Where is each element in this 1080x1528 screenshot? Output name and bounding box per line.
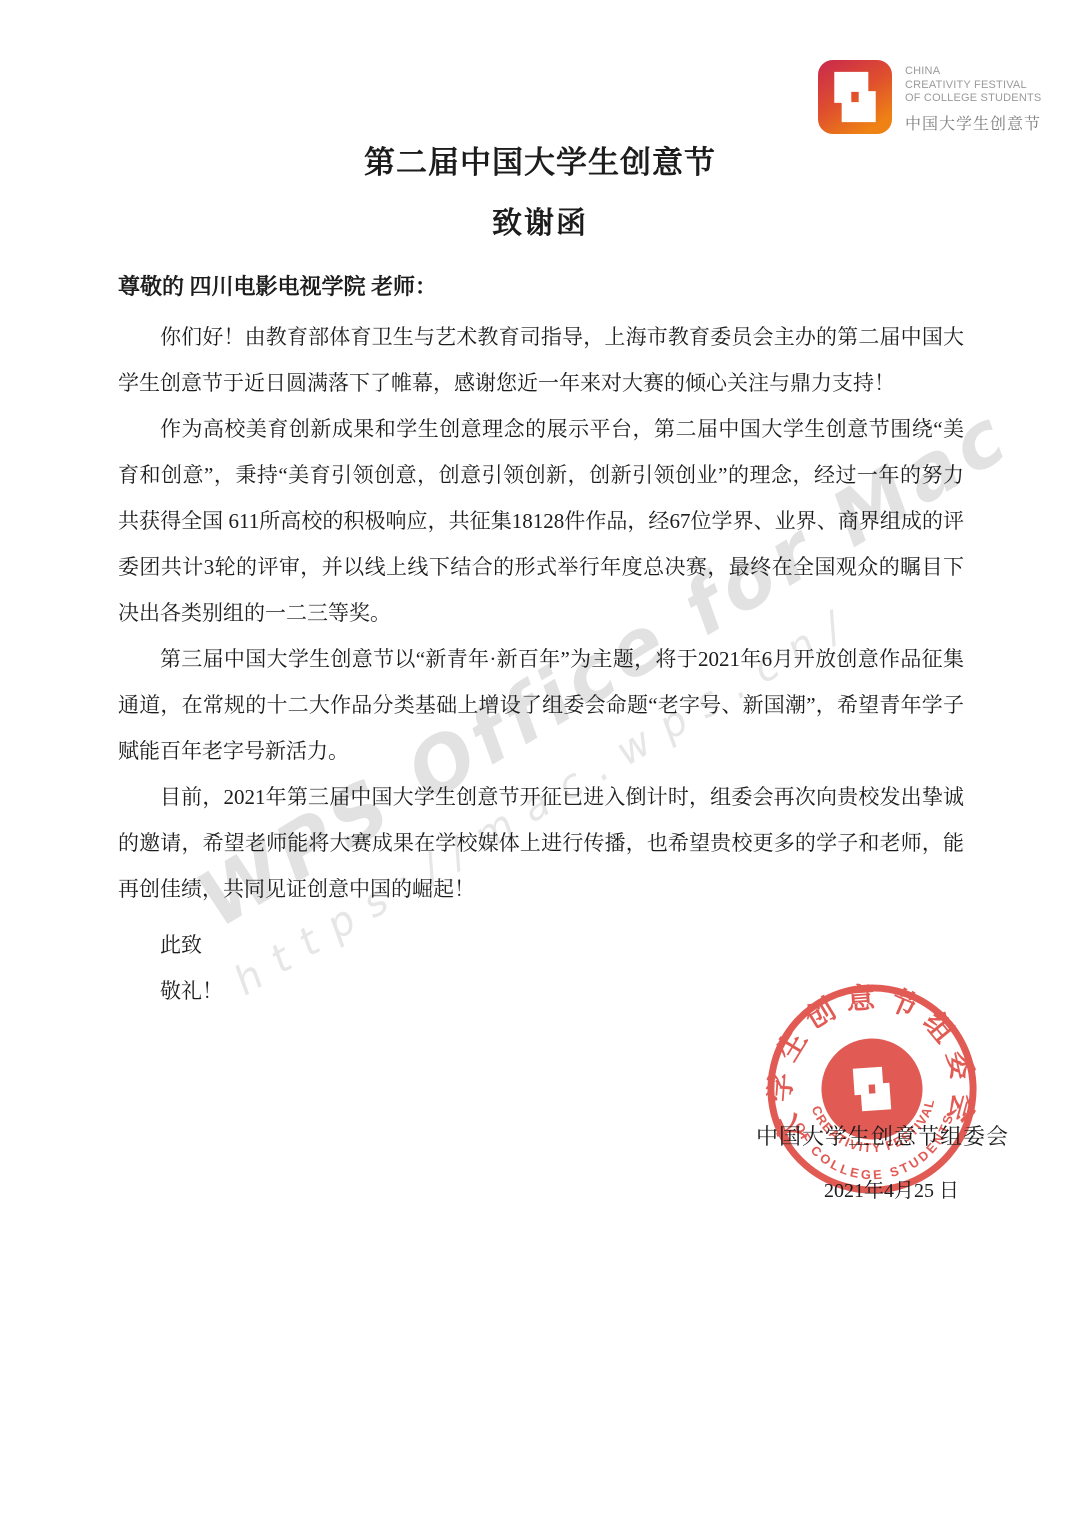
signature-organization: 中国大学生创意节组委会 <box>756 1120 1009 1151</box>
letterhead-logo-text: CHINA CREATIVITY FESTIVAL OF COLLEGE STU… <box>905 60 1041 134</box>
paragraph-2: 作为高校美育创新成果和学生创意理念的展示平台，第二届中国大学生创意节围绕“美育和… <box>118 406 964 636</box>
salutation: 尊敬的 四川电影电视学院 老师： <box>118 270 437 301</box>
paragraph-3: 第三届中国大学生创意节以“新青年·新百年”为主题，将于2021年6月开放创意作品… <box>118 636 964 774</box>
closing-cizhi: 此致 <box>118 922 223 968</box>
letter-title: 第二届中国大学生创意节 <box>0 137 1080 182</box>
committee-seal-stamp: 大学生创意节组委会 CREATIVITY FESTIVAL OF COLLEGE… <box>756 973 989 1206</box>
letter-body: 你们好！由教育部体育卫生与艺术教育司指导，上海市教育委员会主办的第二届中国大学生… <box>118 314 964 912</box>
letter-subtitle: 致谢函 <box>0 198 1080 242</box>
letter-page: WPS Office for Mac https://mac.wps.cn/ <box>0 0 1080 1528</box>
closing-jingli: 敬礼！ <box>118 968 223 1014</box>
festival-logo-icon <box>818 60 892 134</box>
logo-en-line1: CHINA <box>905 65 1041 79</box>
logo-cn-name: 中国大学生创意节 <box>905 111 1041 134</box>
paragraph-4: 目前，2021年第三届中国大学生创意节开征已进入倒计时，组委会再次向贵校发出挚诚… <box>118 774 964 912</box>
letterhead-logo: CHINA CREATIVITY FESTIVAL OF COLLEGE STU… <box>818 60 1041 134</box>
logo-en-line3: OF COLLEGE STUDENTS <box>905 92 1041 106</box>
closing-block: 此致 敬礼！ <box>118 922 223 1014</box>
logo-en-line2: CREATIVITY FESTIVAL <box>905 79 1041 93</box>
paragraph-1: 你们好！由教育部体育卫生与艺术教育司指导，上海市教育委员会主办的第二届中国大学生… <box>118 314 964 406</box>
signature-date: 2021年4月25 日 <box>824 1174 959 1203</box>
